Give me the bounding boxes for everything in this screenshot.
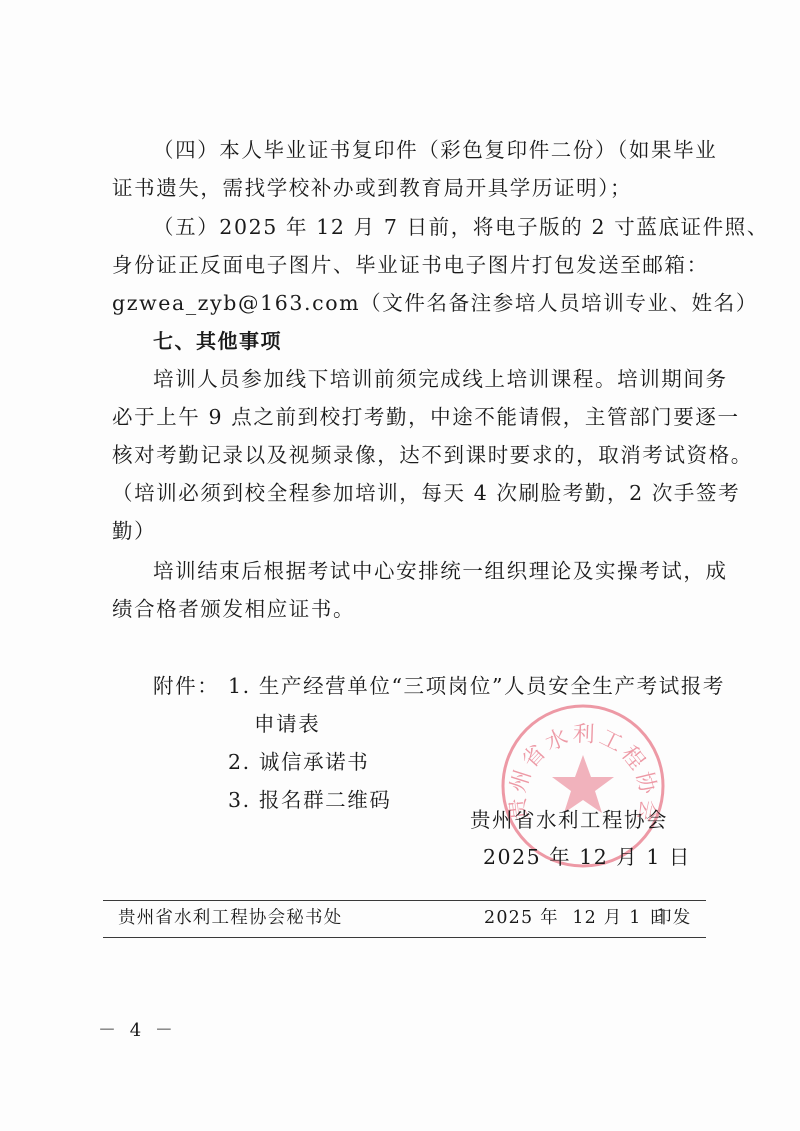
section-7-para-1-line-5: 勤） [112, 517, 156, 545]
section-7-para-1-line-2: 必于上午 9 点之前到校打考勤，中途不能请假，主管部门要逐一 [112, 403, 704, 431]
attachment-1-line-2: 申请表 [254, 710, 320, 738]
footer-date: 2025 年 12 月 1 日 [484, 905, 667, 931]
attachment-2: 2. 诚信承诺书 [228, 748, 369, 776]
item-4-line-1: （四）本人毕业证书复印件（彩色复印件二份）（如果毕业 [153, 136, 704, 164]
footer-bottom-rule [103, 937, 706, 938]
attachment-3: 3. 报名群二维码 [228, 786, 391, 814]
footer-action: 印发 [654, 905, 691, 931]
footer-issuer: 贵州省水利工程协会秘书处 [118, 905, 342, 931]
section-7-para-1-line-1: 培训人员参加线下培训前须完成线上培训课程。培训期间务 [153, 365, 704, 393]
section-7-heading: 七、其他事项 [153, 327, 282, 355]
section-7-para-1-line-3: 核对考勤记录以及视频录像，达不到课时要求的，取消考试资格。 [112, 441, 704, 469]
attachment-1-line-1: 1. 生产经营单位“三项岗位”人员安全生产考试报考 [228, 672, 725, 700]
section-7-para-2-line-1: 培训结束后根据考试中心安排统一组织理论及实操考试，成 [153, 557, 704, 585]
footer-top-rule [103, 900, 706, 901]
section-7-para-2-line-2: 绩合格者颁发相应证书。 [112, 595, 355, 623]
item-5-line-2: 身份证正反面电子图片、毕业证书电子图片打包发送至邮箱： [112, 251, 704, 279]
page-number: － 4 － [98, 1016, 177, 1042]
attachments-label: 附件： [153, 672, 219, 700]
section-7-para-1-line-4: （培训必须到校全程参加培训，每天 4 次刷脸考勤，2 次手签考 [112, 479, 704, 507]
item-5-line-3: gzwea_zyb@163.com（文件名备注参培人员培训专业、姓名） [112, 289, 704, 317]
document-page: （四）本人毕业证书复印件（彩色复印件二份）（如果毕业 证书遗失，需找学校补办或到… [0, 0, 800, 1131]
signature-organization: 贵州省水利工程协会 [470, 806, 668, 834]
item-5-line-1: （五）2025 年 12 月 7 日前，将电子版的 2 寸蓝底证件照、 [153, 213, 704, 241]
signature-date: 2025 年 12 月 1 日 [483, 843, 691, 871]
item-4-line-2: 证书遗失，需找学校补办或到教育局开具学历证明）； [112, 174, 632, 202]
